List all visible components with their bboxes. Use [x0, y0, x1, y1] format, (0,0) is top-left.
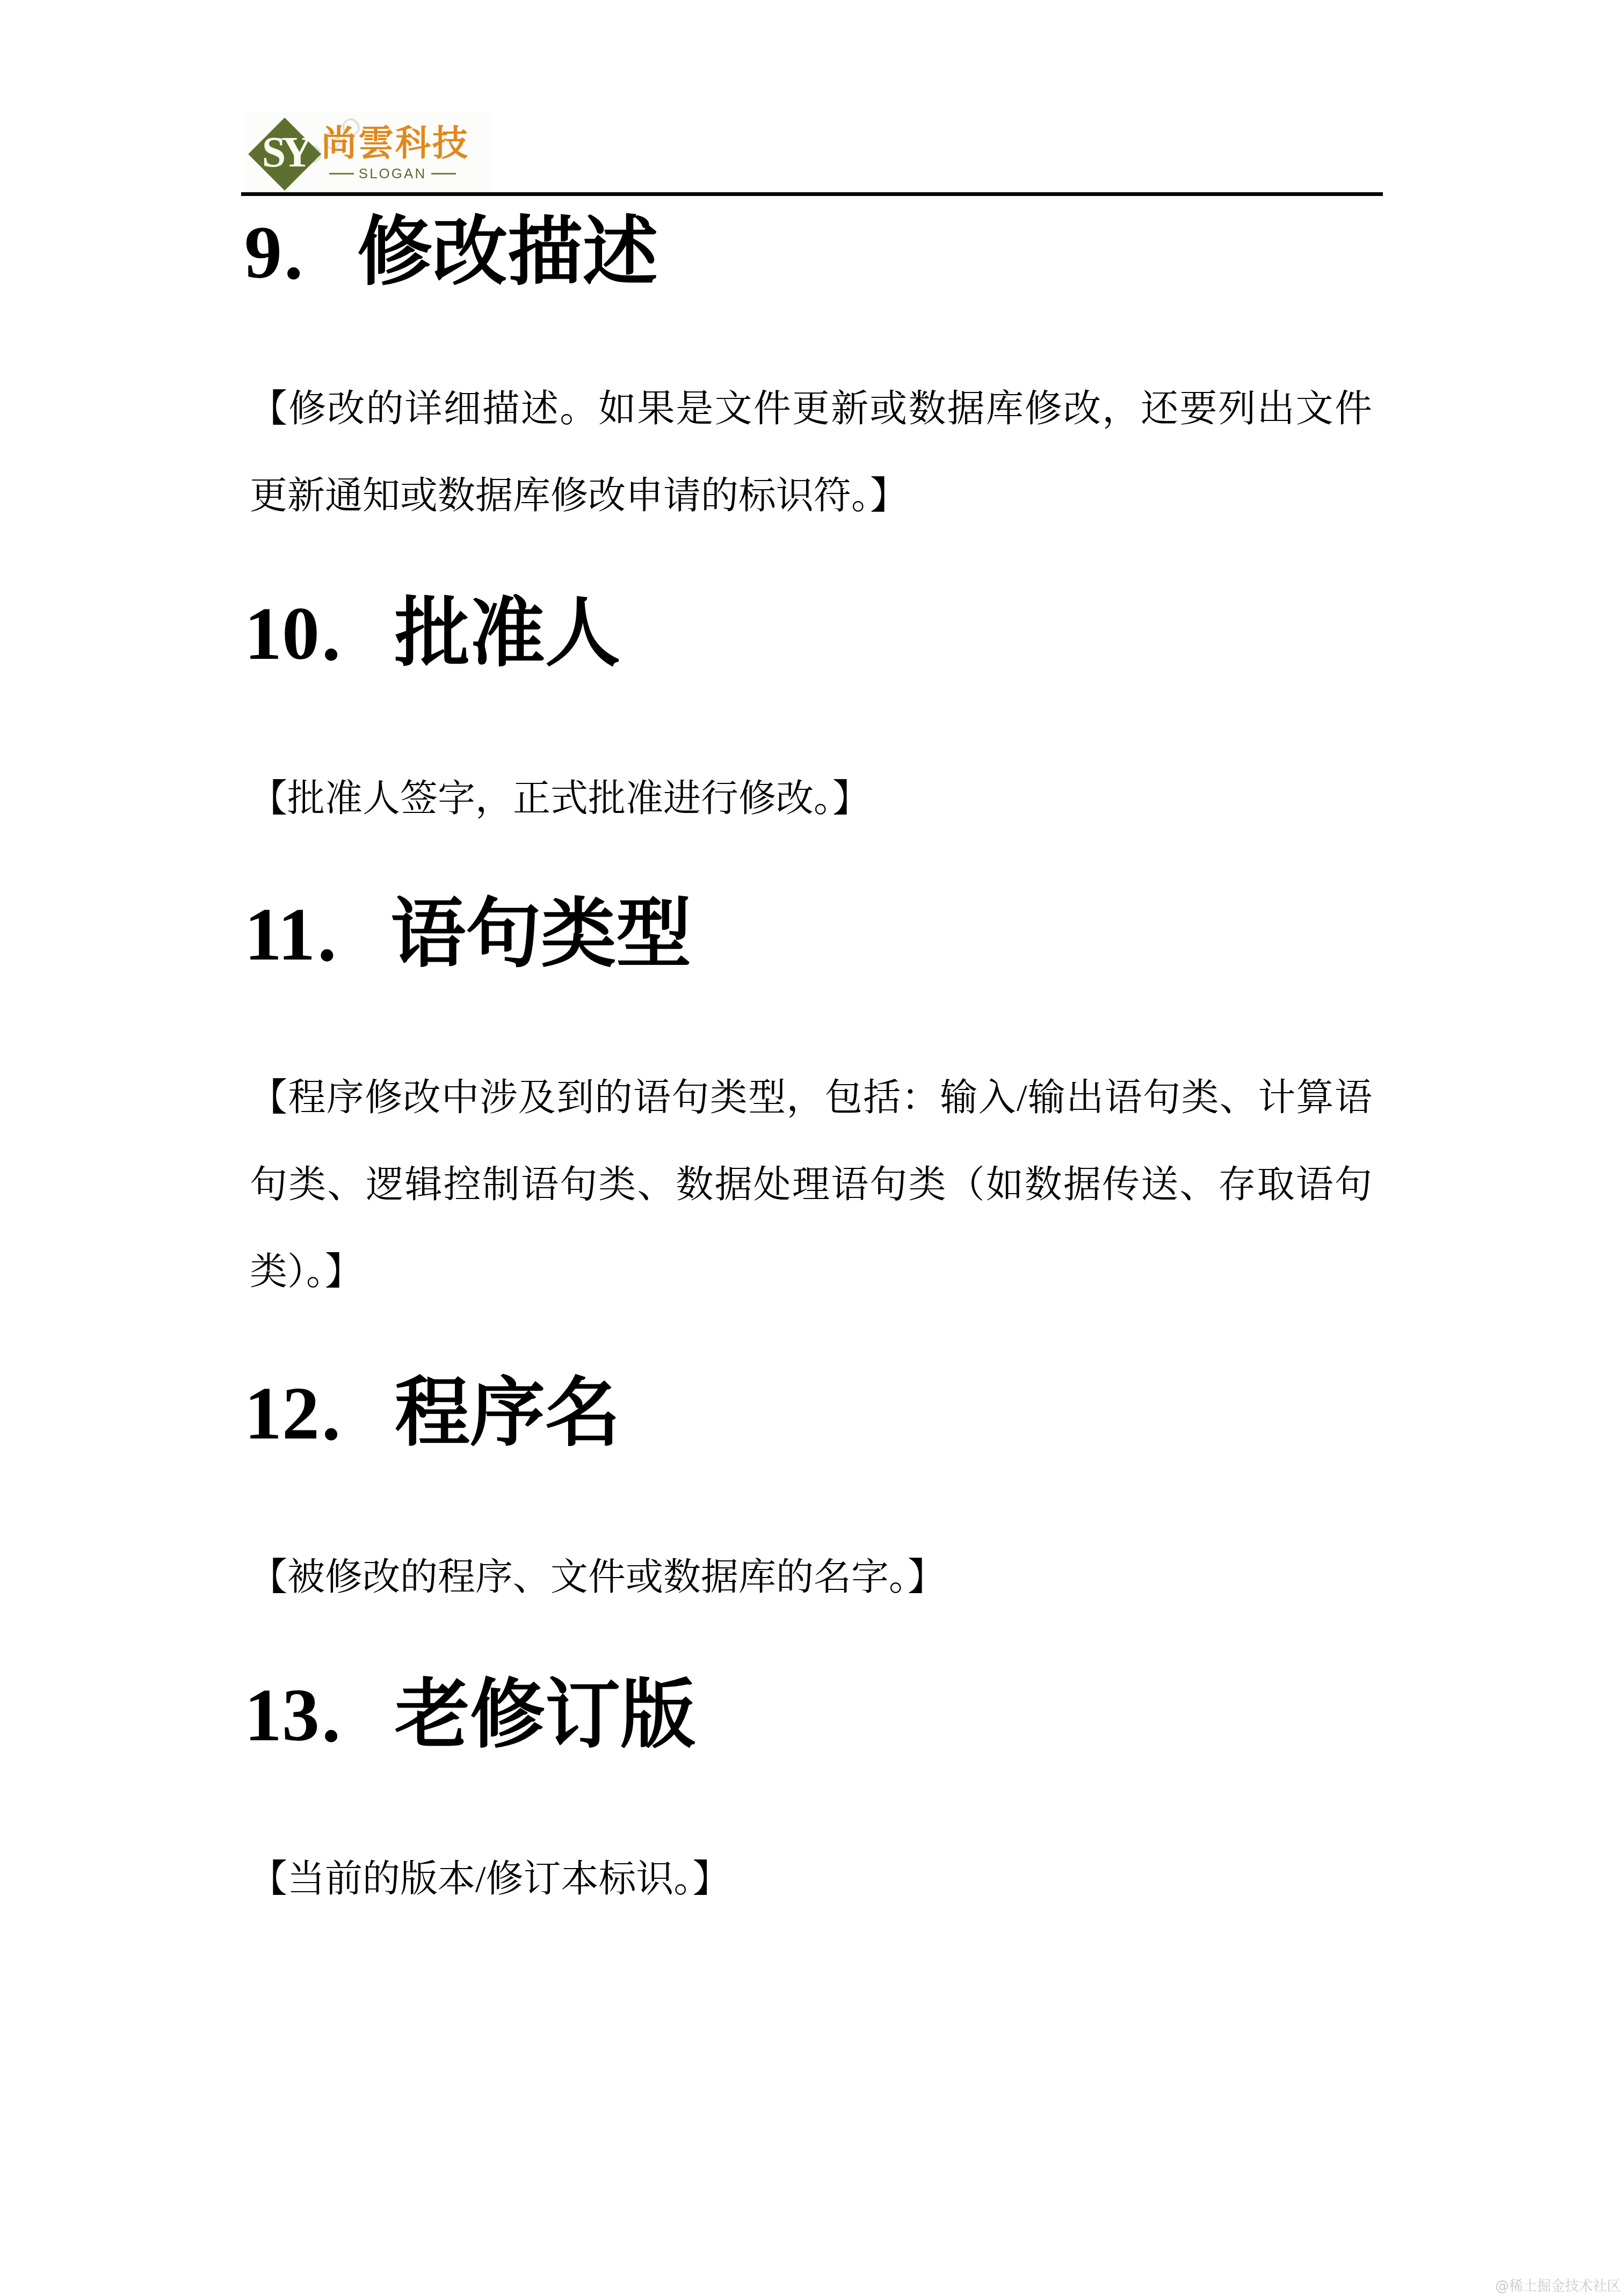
logo-slogan: SLOGAN	[329, 165, 456, 181]
section-paragraph-10: 【批准人签字，正式批准进行修改。】	[250, 756, 1372, 843]
slogan-left-rule	[329, 173, 354, 175]
section-paragraph-13: 【当前的版本/修订本标识。】	[250, 1836, 1372, 1923]
slogan-right-rule	[431, 173, 456, 175]
section-heading-12: 12．程序名	[244, 1368, 620, 1459]
paragraph-line: 【修改的详细描述。如果是文件更新或数据库修改，还要列出文件	[250, 366, 1372, 453]
header-divider	[241, 192, 1383, 196]
paragraph-line: 【被修改的程序、文件或数据库的名字。】	[250, 1535, 1372, 1622]
paragraph-line: 更新通知或数据库修改申请的标识符。】	[250, 453, 1372, 540]
section-paragraph-9: 【修改的详细描述。如果是文件更新或数据库修改，还要列出文件 更新通知或数据库修改…	[250, 366, 1372, 540]
slogan-text: SLOGAN	[359, 166, 426, 180]
paragraph-line: 【程序修改中涉及到的语句类型，包括：输入/输出语句类、计算语	[250, 1055, 1372, 1142]
paragraph-line: 【当前的版本/修订本标识。】	[250, 1836, 1372, 1923]
document-page: LOGO SY 尚雲科技 SLOGAN 9．修改描述 【修改的详细描述。如果是文…	[0, 0, 1624, 2296]
section-paragraph-12: 【被修改的程序、文件或数据库的名字。】	[250, 1535, 1372, 1622]
paragraph-line: 句类、逻辑控制语句类、数据处理语句类（如数据传送、存取语句	[250, 1142, 1372, 1229]
logo-monogram: SY	[246, 131, 324, 174]
company-logo: LOGO SY 尚雲科技 SLOGAN	[244, 112, 491, 192]
paragraph-line: 类）。】	[250, 1229, 1372, 1316]
paragraph-line: 【批准人签字，正式批准进行修改。】	[250, 756, 1372, 843]
section-paragraph-11: 【程序修改中涉及到的语句类型，包括：输入/输出语句类、计算语 句类、逻辑控制语句…	[250, 1055, 1372, 1316]
site-watermark: @稀土掘金技术社区	[1495, 2275, 1621, 2295]
section-heading-11: 11．语句类型	[244, 889, 691, 980]
company-name: 尚雲科技	[321, 125, 469, 163]
section-heading-10: 10．批准人	[244, 588, 620, 680]
section-heading-9: 9．修改描述	[244, 207, 658, 299]
section-heading-13: 13．老修订版	[244, 1670, 695, 1761]
